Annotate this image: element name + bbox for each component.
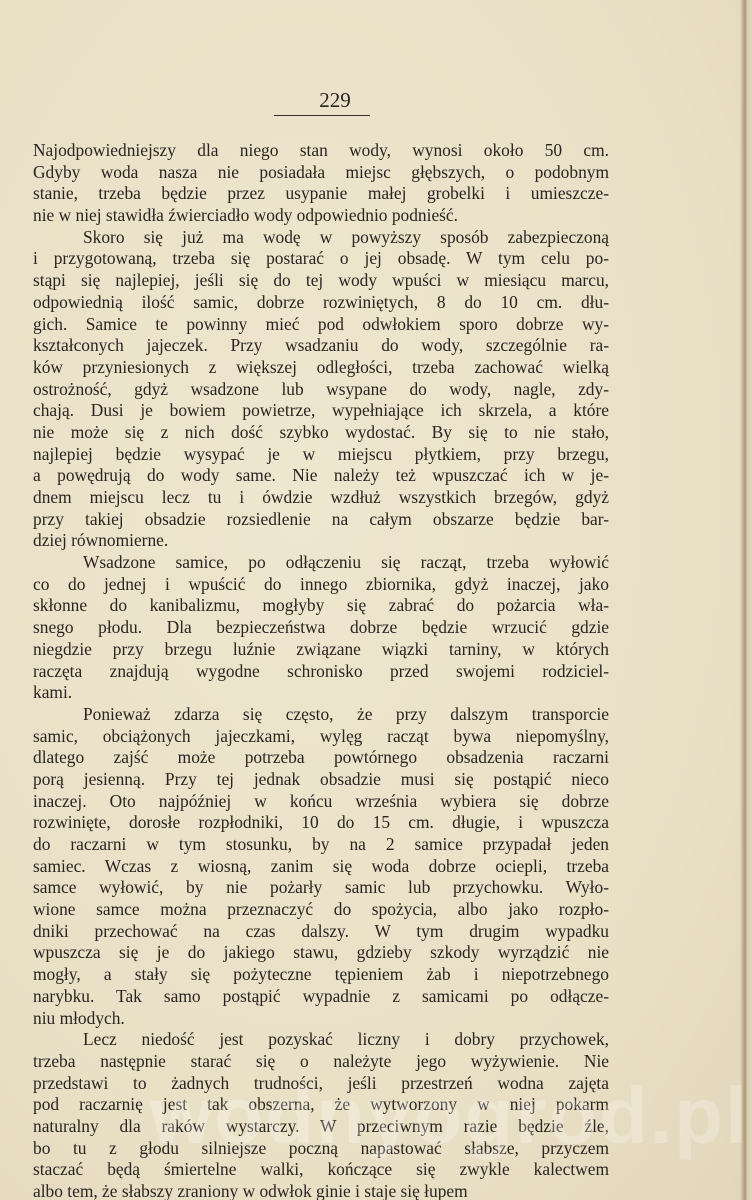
text-line: narybku. Tak samo postąpić wypadnie z sa… xyxy=(33,986,609,1008)
paragraph: Lecz niedość jest pozyskać liczny i dobr… xyxy=(33,1029,609,1200)
text-line: Wsadzone samice, po odłączeniu się raczą… xyxy=(33,552,609,574)
text-line: niegdzie przy brzegu luźnie związane wią… xyxy=(33,639,609,661)
text-line: porą jesienną. Przy tej jednak obsadzie … xyxy=(33,769,609,791)
text-line: Skoro się już ma wodę w powyższy sposób … xyxy=(33,227,609,249)
page-number: 229 xyxy=(300,88,370,113)
text-line: staczać będą śmiertelne walki, kończące … xyxy=(33,1159,609,1181)
text-line: samce wyłowić, by nie pożarły samic lub … xyxy=(33,877,609,899)
body-text: Najodpowiedniejszy dla niego stan wody, … xyxy=(33,140,609,1200)
text-line: ostrożność, gdyż wsadzone lub wsypane do… xyxy=(33,379,609,401)
text-line: co do jednej i wpuścić do innego zbiorni… xyxy=(33,574,609,596)
text-line: naturalny dla raków wystarczy. W przeciw… xyxy=(33,1116,609,1138)
text-line: kami. xyxy=(33,682,609,704)
paragraph: Wsadzone samice, po odłączeniu się raczą… xyxy=(33,552,609,704)
text-line: dziej równomierne. xyxy=(33,530,609,552)
page-number-rule xyxy=(274,115,370,116)
text-line: stąpi się najlepiej, jeśli się do tej wo… xyxy=(33,270,609,292)
text-line: Najodpowiedniejszy dla niego stan wody, … xyxy=(33,140,609,162)
text-line: Ponieważ zdarza się często, że przy dals… xyxy=(33,704,609,726)
text-line: inaczej. Oto najpóźniej w końcu września… xyxy=(33,791,609,813)
text-line: dnem miejscu lecz tu i ówdzie wzdłuż wsz… xyxy=(33,487,609,509)
text-line: raczęta znajdują wygodne schronisko prze… xyxy=(33,661,609,683)
text-line: i przygotowaną, trzeba się postarać o je… xyxy=(33,248,609,270)
text-line: chają. Dusi je bowiem powietrze, wypełni… xyxy=(33,400,609,422)
text-line: snego płodu. Dla bezpieczeństwa dobrze b… xyxy=(33,617,609,639)
text-line: przedstawi to żadnych trudności, jeśli p… xyxy=(33,1073,609,1095)
text-line: odpowiednią ilość samic, dobrze rozwinię… xyxy=(33,292,609,314)
text-line: mogły, a stały się pożyteczne tępieniem … xyxy=(33,964,609,986)
text-line: nie w niej stawidła źwierciadło wody odp… xyxy=(33,205,609,227)
text-line: do raczarni w tym stosunku, by na 2 sami… xyxy=(33,834,609,856)
text-line: nie może się z nich dość szybko wydostać… xyxy=(33,422,609,444)
text-line: Gdyby woda nasza nie posiadała miejsc gł… xyxy=(33,162,609,184)
text-line: najlepiej będzie wysypać je w miejscu pł… xyxy=(33,444,609,466)
text-line: samiec. Wczas z wiosną, zanim się woda d… xyxy=(33,856,609,878)
paragraph: Ponieważ zdarza się często, że przy dals… xyxy=(33,704,609,1029)
text-line: rozwinięte, dorosłe rozpłodniki, 10 do 1… xyxy=(33,812,609,834)
text-line: ków przyniesionych z większej odległości… xyxy=(33,357,609,379)
text-line: kształconych jajeczek. Przy wsadzaniu do… xyxy=(33,335,609,357)
paragraph: Najodpowiedniejszy dla niego stan wody, … xyxy=(33,140,609,227)
text-line: pod raczarnię jest tak obszerna, że wytw… xyxy=(33,1094,609,1116)
text-line: albo tem, że słabszy zraniony w odwłok g… xyxy=(33,1181,609,1200)
text-line: skłonne do kanibalizmu, mogłyby się zabr… xyxy=(33,595,609,617)
text-line: niu młodych. xyxy=(33,1008,609,1030)
text-line: stanie, trzeba będzie przez usypanie mał… xyxy=(33,183,609,205)
paragraph: Skoro się już ma wodę w powyższy sposób … xyxy=(33,227,609,552)
text-line: dlatego zajść może potrzeba powtórnego o… xyxy=(33,747,609,769)
text-line: wpuszcza się je do jakiego stawu, gdzieb… xyxy=(33,942,609,964)
text-line: dniki przechować na czas dalszy. W tym d… xyxy=(33,921,609,943)
text-line: Lecz niedość jest pozyskać liczny i dobr… xyxy=(33,1029,609,1051)
page-edge xyxy=(740,0,752,1200)
text-line: samic, obciążonych jajeczkami, wylęg rac… xyxy=(33,726,609,748)
text-line: gich. Samice te powinny mieć pod odwłoki… xyxy=(33,314,609,336)
text-line: trzeba następnie starać się o należyte j… xyxy=(33,1051,609,1073)
text-line: przy takiej obsadzie rozsiedlenie na cał… xyxy=(33,509,609,531)
text-line: a powędrują do wody same. Nie należy też… xyxy=(33,465,609,487)
text-line: wione samce można przeznaczyć do spożyci… xyxy=(33,899,609,921)
text-line: bo tu z głodu silniejsze poczną napastow… xyxy=(33,1138,609,1160)
